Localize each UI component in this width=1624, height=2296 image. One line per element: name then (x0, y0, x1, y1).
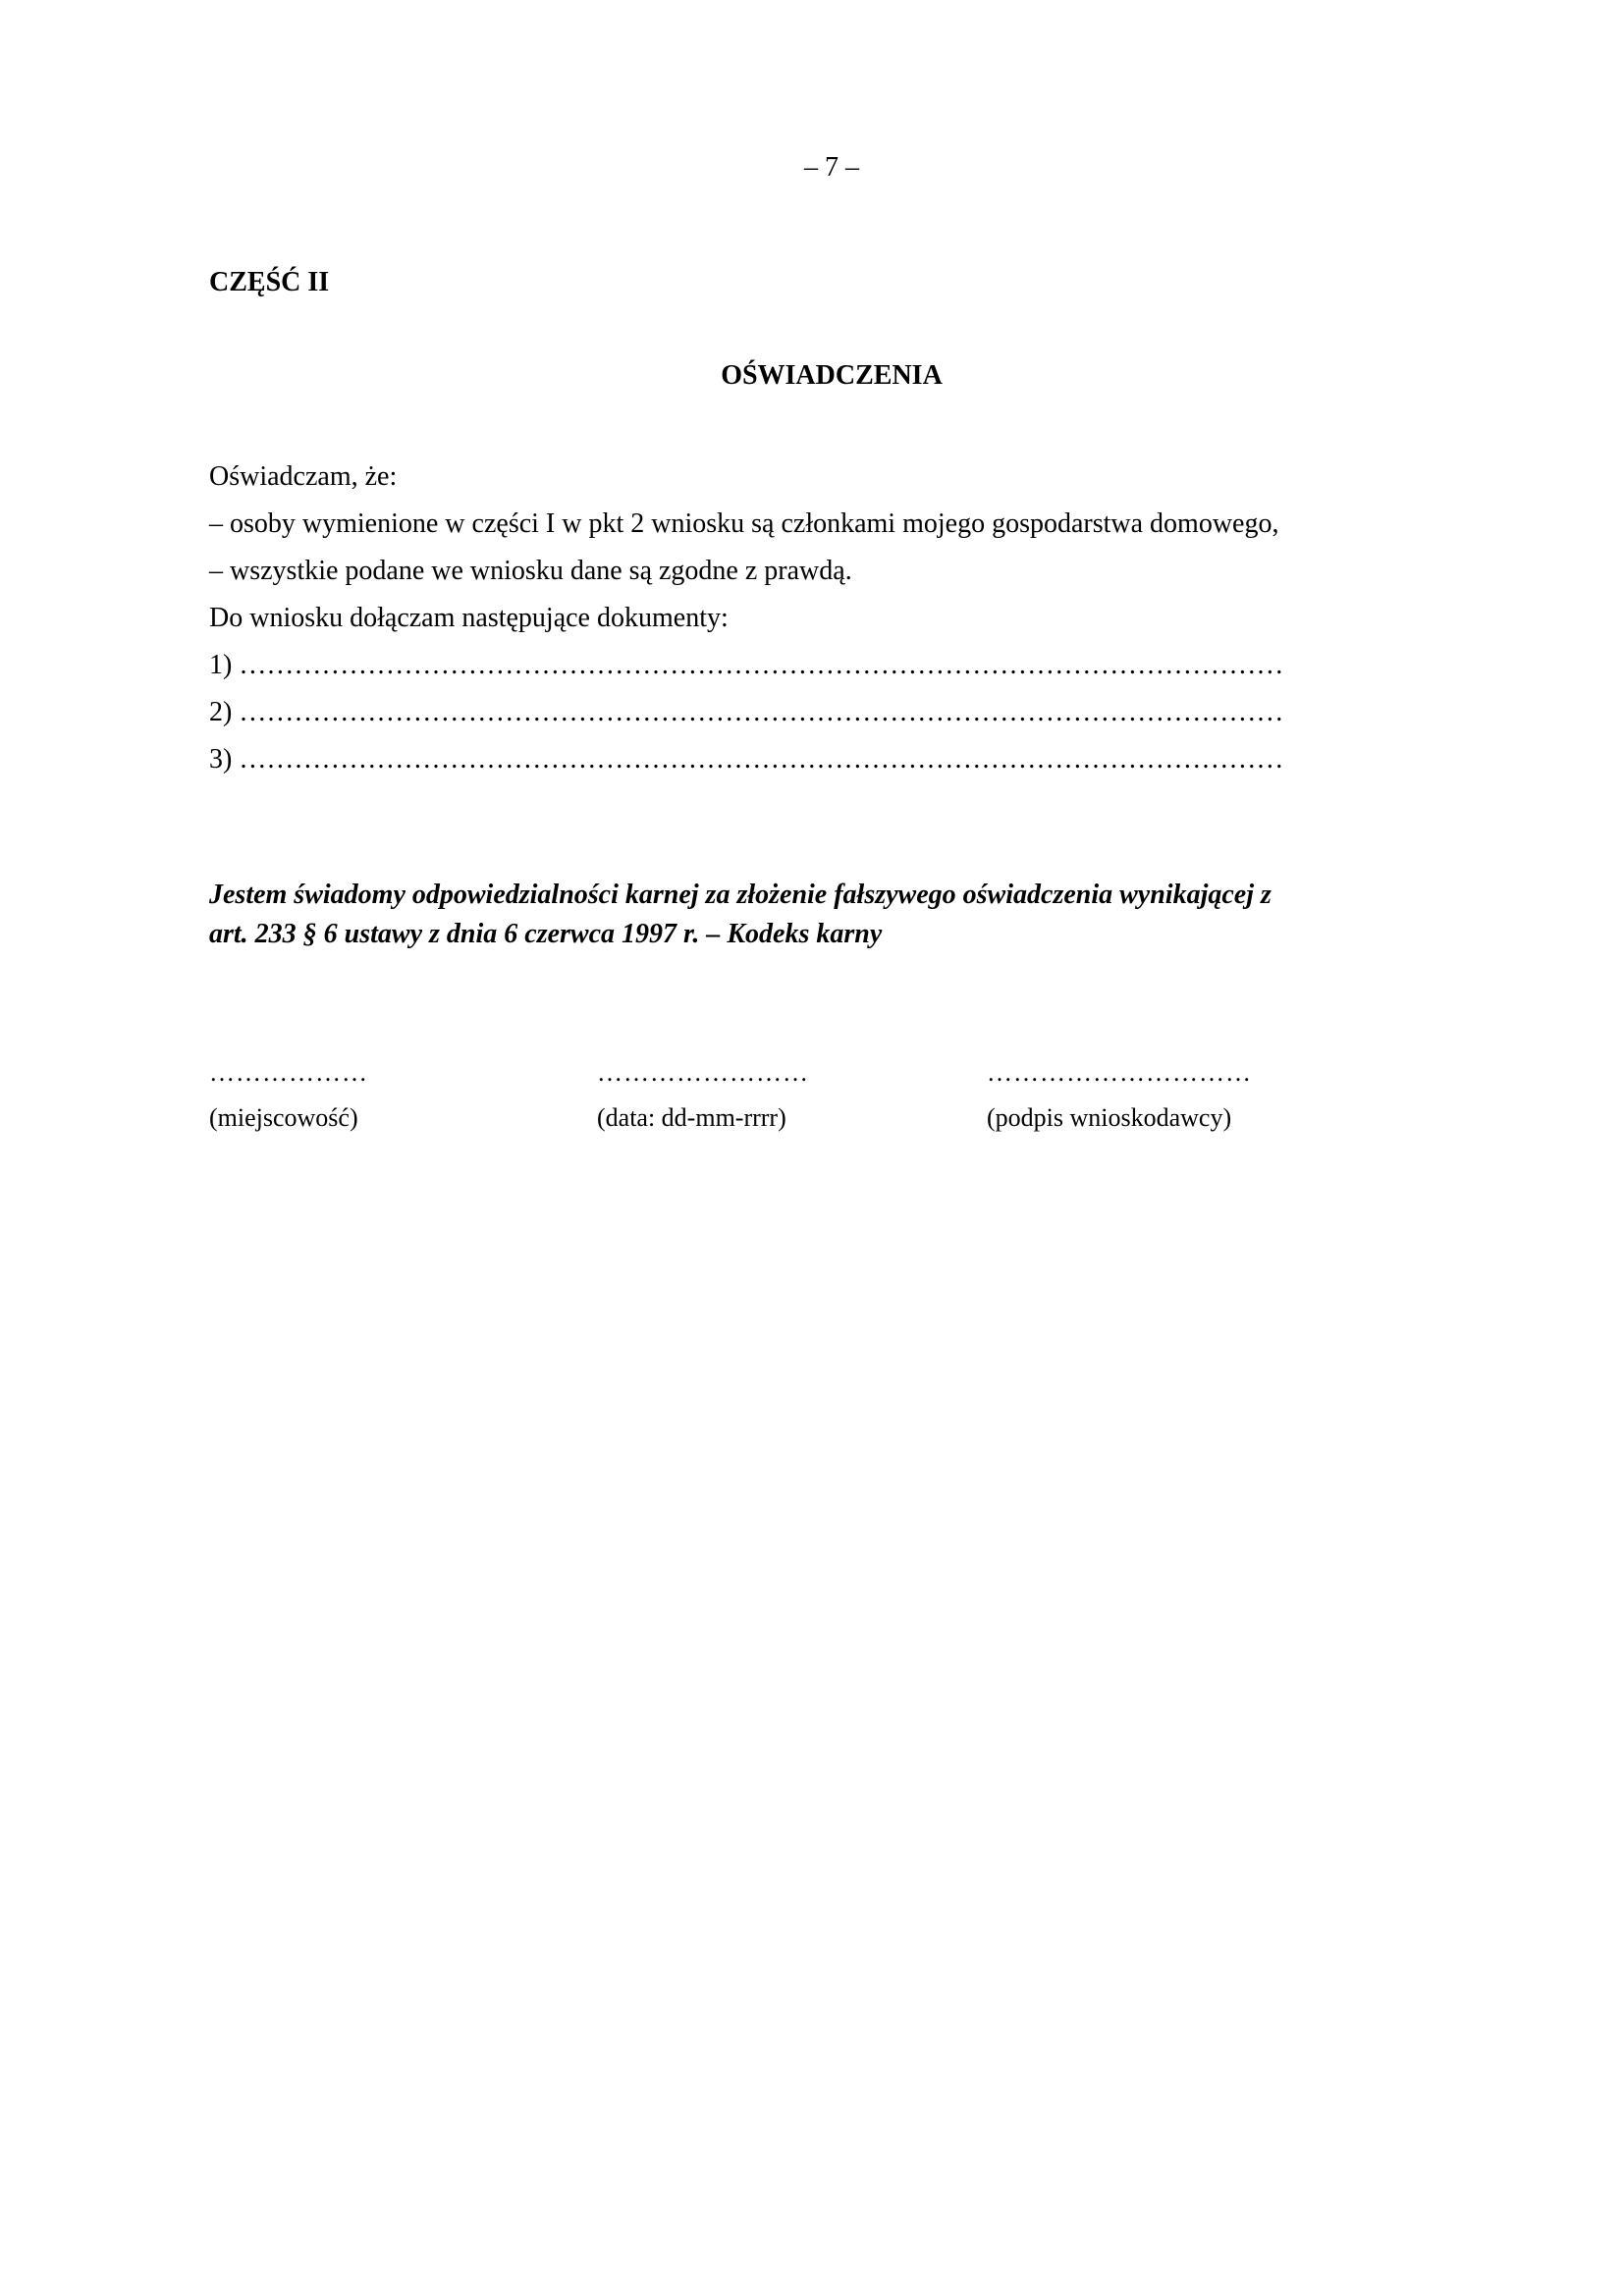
attachment-field[interactable]: 2) …………………………………………………………………………………………………… (209, 697, 1283, 728)
attachment-field[interactable]: 1) …………………………………………………………………………………………………… (209, 650, 1283, 681)
signature-field[interactable]: ………………………… (987, 1058, 1252, 1088)
attachment-number: 2) (209, 697, 232, 727)
date-field[interactable]: …………………… (597, 1058, 809, 1088)
section-title: OŚWIADCZENIA (0, 360, 1624, 392)
liability-statement-line: art. 233 § 6 ustawy z dnia 6 czerwca 199… (209, 919, 882, 950)
attachment-blank[interactable]: …………………………………………………………………………………………………… (239, 650, 1283, 680)
attachment-number: 1) (209, 650, 232, 680)
attachment-blank[interactable]: …………………………………………………………………………………………………… (239, 697, 1283, 727)
place-field[interactable]: ……………… (209, 1058, 368, 1088)
liability-statement-line: Jestem świadomy odpowiedzialności karnej… (209, 880, 1272, 911)
date-label: (data: dd-mm-rrrr) (597, 1103, 786, 1133)
attachments-intro: Do wniosku dołączam następujące dokument… (209, 603, 729, 634)
attachment-number: 3) (209, 744, 232, 774)
page-number: – 7 – (0, 152, 1624, 184)
part-heading: CZĘŚĆ II (209, 267, 329, 298)
attachment-blank[interactable]: …………………………………………………………………………………………………… (239, 744, 1283, 774)
attachment-field[interactable]: 3) …………………………………………………………………………………………………… (209, 744, 1283, 775)
declaration-intro: Oświadczam, że: (209, 461, 397, 493)
declaration-item: – wszystkie podane we wniosku dane są zg… (209, 556, 852, 587)
signature-label: (podpis wnioskodawcy) (987, 1103, 1231, 1133)
place-label: (miejscowość) (209, 1103, 358, 1133)
declaration-item: – osoby wymienione w części I w pkt 2 wn… (209, 508, 1278, 540)
